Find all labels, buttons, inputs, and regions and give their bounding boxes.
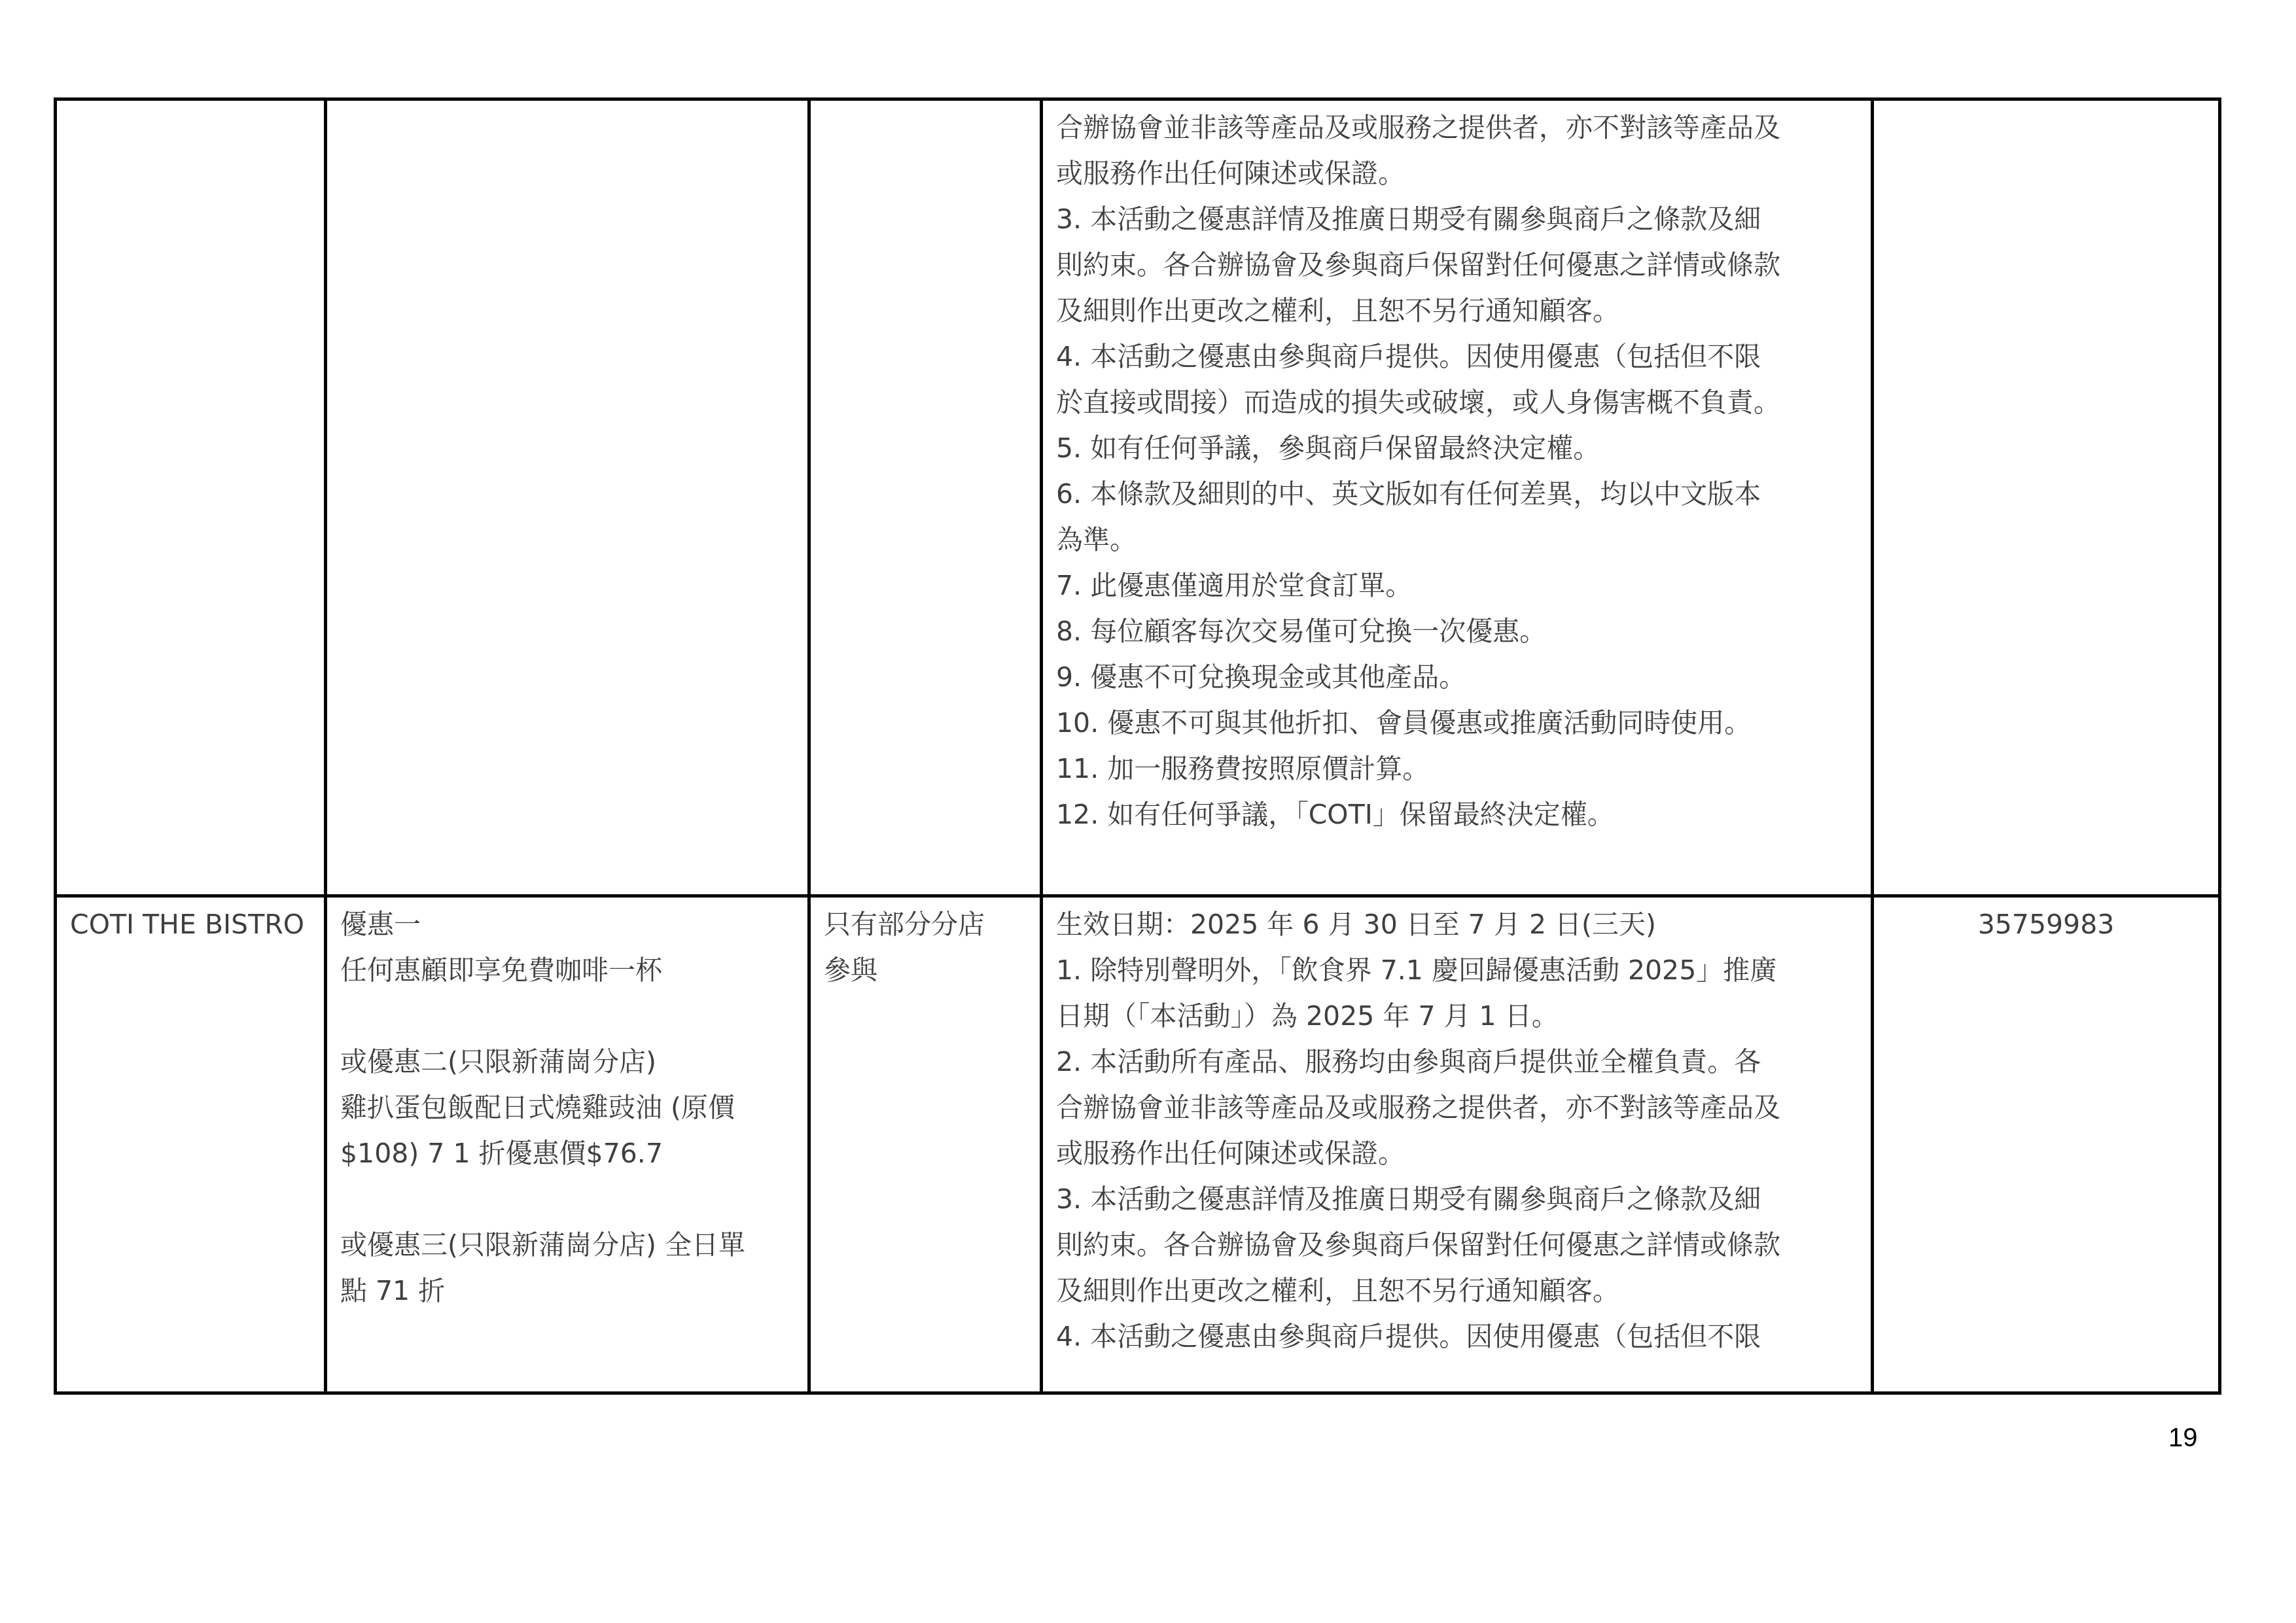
text-line: 10. 優惠不可與其他折扣、會員優惠或推廣活動同時使用。 [1056,700,1858,746]
branches-cell [809,99,1042,896]
text-line: 合辦協會並非該等產品及或服務之提供者，亦不對該等產品及 [1056,1085,1858,1130]
merchant-name: COTI THE BISTRO [70,901,311,947]
table-row: COTI THE BISTRO 優惠一任何惠顧即享免費咖啡一杯或優惠二(只限新蒲… [56,896,2220,1393]
offer-cell: 優惠一任何惠顧即享免費咖啡一杯或優惠二(只限新蒲崗分店)雞扒蛋包飯配日式燒雞豉油… [326,896,809,1393]
text-line: 2. 本活動所有產品、服務均由參與商戶提供並全權負責。各 [1056,1039,1858,1085]
terms-list: 合辦協會並非該等產品及或服務之提供者，亦不對該等產品及或服務作出任何陳述或保證。… [1056,105,1858,837]
text-line: 7. 此優惠僅適用於堂食訂單。 [1056,563,1858,608]
offer-list: 優惠一任何惠顧即享免費咖啡一杯或優惠二(只限新蒲崗分店)雞扒蛋包飯配日式燒雞豉油… [340,901,794,1314]
text-line: 或優惠三(只限新蒲崗分店) 全日單 [340,1222,794,1268]
text-line: 點 71 折 [340,1268,794,1314]
text-line: 只有部分分店 [824,901,1027,947]
text-line: 任何惠顧即享免費咖啡一杯 [340,947,794,993]
offer-cell [326,99,809,896]
text-line: 及細則作出更改之權利，且恕不另行通知顧客。 [1056,288,1858,334]
phone-number: 35759983 [1887,901,2205,947]
text-line: 則約束。各合辦協會及參與商戶保留對任何優惠之詳情或條款 [1056,1222,1858,1268]
branches-text: 只有部分分店參與 [824,901,1027,993]
text-line: 雞扒蛋包飯配日式燒雞豉油 (原價 [340,1085,794,1130]
text-line: 3. 本活動之優惠詳情及推廣日期受有關參與商戶之條款及細 [1056,1176,1858,1222]
branches-cell: 只有部分分店參與 [809,896,1042,1393]
text-line: 5. 如有任何爭議，參與商戶保留最終決定權。 [1056,425,1858,471]
text-line: 4. 本活動之優惠由參與商戶提供。因使用優惠（包括但不限 [1056,1314,1858,1359]
text-line [340,993,794,1039]
terms-cell: 合辦協會並非該等產品及或服務之提供者，亦不對該等產品及或服務作出任何陳述或保證。… [1042,99,1873,896]
text-line: 4. 本活動之優惠由參與商戶提供。因使用優惠（包括但不限 [1056,334,1858,379]
text-line: 或優惠二(只限新蒲崗分店) [340,1039,794,1085]
text-line: 11. 加一服務費按照原價計算。 [1056,746,1858,792]
text-line: 或服務作出任何陳述或保證。 [1056,1130,1858,1176]
text-line: 為準。 [1056,517,1858,563]
text-line: 於直接或間接）而造成的損失或破壞，或人身傷害概不負責。 [1056,379,1858,425]
terms-cell: 生效日期：2025 年 6 月 30 日至 7 月 2 日(三天)1. 除特別聲… [1042,896,1873,1393]
text-line [340,1176,794,1222]
text-line: 生效日期：2025 年 6 月 30 日至 7 月 2 日(三天) [1056,901,1858,947]
text-line: 則約束。各合辦協會及參與商戶保留對任何優惠之詳情或條款 [1056,242,1858,288]
text-line: $108) 7 1 折優惠價$76.7 [340,1130,794,1176]
text-line: 及細則作出更改之權利，且恕不另行通知顧客。 [1056,1268,1858,1314]
text-line: 3. 本活動之優惠詳情及推廣日期受有關參與商戶之條款及細 [1056,196,1858,242]
text-line: 1. 除特別聲明外，「飲食界 7.1 慶回歸優惠活動 2025」推廣 [1056,947,1858,993]
text-line: 日期（「本活動」）為 2025 年 7 月 1 日。 [1056,993,1858,1039]
text-line: 合辦協會並非該等產品及或服務之提供者，亦不對該等產品及 [1056,105,1858,150]
text-line: 9. 優惠不可兌換現金或其他產品。 [1056,654,1858,700]
text-line: 或服務作出任何陳述或保證。 [1056,150,1858,196]
table-row: 合辦協會並非該等產品及或服務之提供者，亦不對該等產品及或服務作出任何陳述或保證。… [56,99,2220,896]
merchant-name-cell [56,99,326,896]
phone-cell: 35759983 [1873,896,2220,1393]
merchant-offers-table: 合辦協會並非該等產品及或服務之提供者，亦不對該等產品及或服務作出任何陳述或保證。… [54,97,2221,1395]
merchant-name-cell: COTI THE BISTRO [56,896,326,1393]
terms-list: 生效日期：2025 年 6 月 30 日至 7 月 2 日(三天)1. 除特別聲… [1056,901,1858,1359]
text-line: 優惠一 [340,901,794,947]
text-line: 參與 [824,947,1027,993]
page-number: 19 [2168,1423,2198,1453]
text-line: 12. 如有任何爭議，「COTI」保留最終決定權。 [1056,792,1858,837]
text-line: 8. 每位顧客每次交易僅可兌換一次優惠。 [1056,608,1858,654]
text-line: 6. 本條款及細則的中、英文版如有任何差異，均以中文版本 [1056,471,1858,517]
phone-cell [1873,99,2220,896]
